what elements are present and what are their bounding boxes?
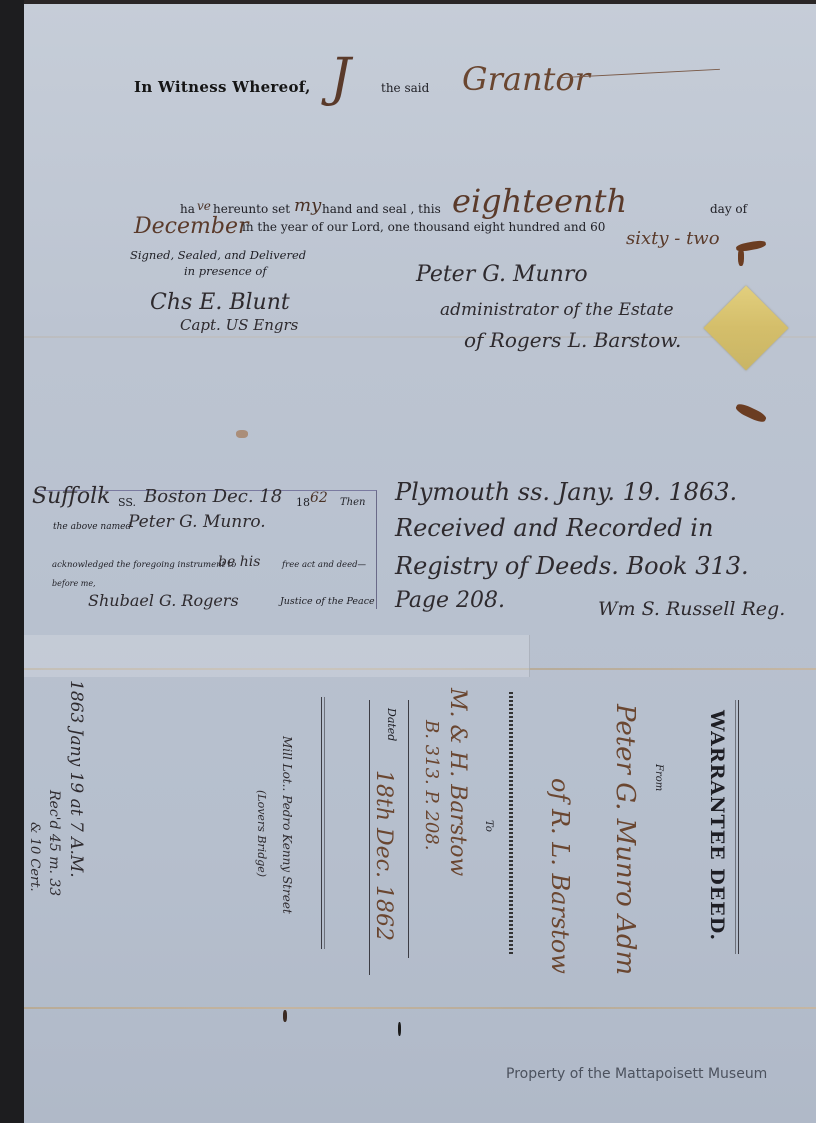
year-prefix: 18	[296, 496, 310, 509]
free-act-text: free act and deed—	[282, 560, 366, 570]
grantor-role: administrator of the Estate	[440, 300, 674, 320]
rule-line	[321, 697, 322, 949]
property-location: (Lovers Bridge)	[255, 790, 268, 877]
registry-line-2: Received and Recorded in	[395, 514, 713, 542]
then-label: Then	[340, 497, 365, 508]
month-written: December	[134, 214, 248, 239]
above-named-written: Peter G. Munro.	[128, 512, 266, 532]
museum-watermark: Property of the Mattapoisett Museum	[506, 1066, 767, 1082]
day-of-label: day of	[710, 202, 747, 216]
register-signature: Wm S. Russell Reg.	[598, 598, 785, 620]
from-name: Peter G. Munro Adm	[610, 704, 640, 975]
acknowledged-text: acknowledged the foregoing instrument to	[52, 560, 236, 570]
ink-blot	[738, 248, 744, 266]
his-written: be his	[218, 554, 260, 570]
rule-line	[735, 700, 736, 954]
decorative-wavy-rule	[509, 692, 513, 954]
day-written: eighteenth	[452, 182, 627, 220]
to-label: To	[483, 820, 494, 832]
dated-label: Dated	[385, 708, 398, 741]
dated-value: 18th Dec. 1862	[371, 770, 396, 941]
witness-initial: J	[330, 48, 351, 108]
justice-title: Justice of the Peace	[280, 596, 375, 607]
margin-note-received: 1863 Jany 19 at 7 A.M.	[66, 680, 86, 878]
place-date-written: Boston Dec. 18	[144, 486, 282, 507]
repair-tape	[24, 635, 530, 677]
fold-line	[24, 1007, 816, 1009]
the-said-label: the said	[381, 81, 429, 95]
year-written: sixty - two	[626, 228, 720, 249]
witness-signature: Chs E. Blunt	[150, 290, 290, 315]
county-written: Suffolk	[32, 484, 110, 509]
before-me-label: before me,	[52, 579, 96, 588]
margin-note-fee: Rec'd 45 m. 33	[46, 790, 62, 896]
grantor-signature: Peter G. Munro	[416, 262, 588, 287]
above-named-label: the above named	[53, 522, 131, 532]
stain-mark	[398, 1022, 401, 1036]
rule-line	[369, 700, 370, 975]
book-page-reference: B. 313. P. 208.	[421, 720, 442, 850]
grantor-estate: of Rogers L. Barstow.	[464, 328, 681, 352]
margin-note-cert: & 10 Cert.	[27, 822, 42, 892]
rule-line	[738, 700, 739, 954]
from-label: From	[653, 764, 664, 791]
grantor-word: Grantor	[462, 60, 590, 98]
registry-line-4: Page 208.	[395, 588, 505, 613]
justice-signature: Shubael G. Rogers	[88, 591, 239, 610]
rule-line	[324, 697, 325, 949]
stain-mark	[283, 1010, 287, 1022]
witness-heading: In Witness Whereof,	[134, 78, 311, 96]
witness-title: Capt. US Engrs	[180, 316, 298, 334]
ve-insert: ve	[197, 199, 211, 213]
stain-mark	[236, 430, 248, 438]
year-of-our-lord-text: in the year of our Lord, one thousand ei…	[242, 220, 605, 234]
registry-line-1: Plymouth ss. Jany. 19. 1863.	[395, 478, 737, 506]
paper-top-edge	[24, 0, 816, 4]
property-description: Mill Lot.. Pedro Kenny Street	[280, 736, 294, 914]
in-presence-label: in presence of	[184, 264, 267, 278]
my-insert: my	[294, 195, 321, 216]
rule-line	[408, 700, 409, 958]
deed-title: WARRANTEE DEED.	[706, 710, 728, 941]
hand-and-seal-label: hand and seal , this	[322, 202, 441, 216]
to-name: M. & H. Barstow	[445, 688, 470, 876]
signed-sealed-label: Signed, Sealed, and Delivered	[130, 248, 306, 262]
ack-year-written: 62	[310, 490, 328, 506]
from-estate: of R. L. Barstow	[546, 778, 574, 974]
fold-line	[24, 336, 816, 338]
ss-label: SS.	[118, 496, 136, 509]
registry-line-3: Registry of Deeds. Book 313.	[395, 552, 749, 580]
